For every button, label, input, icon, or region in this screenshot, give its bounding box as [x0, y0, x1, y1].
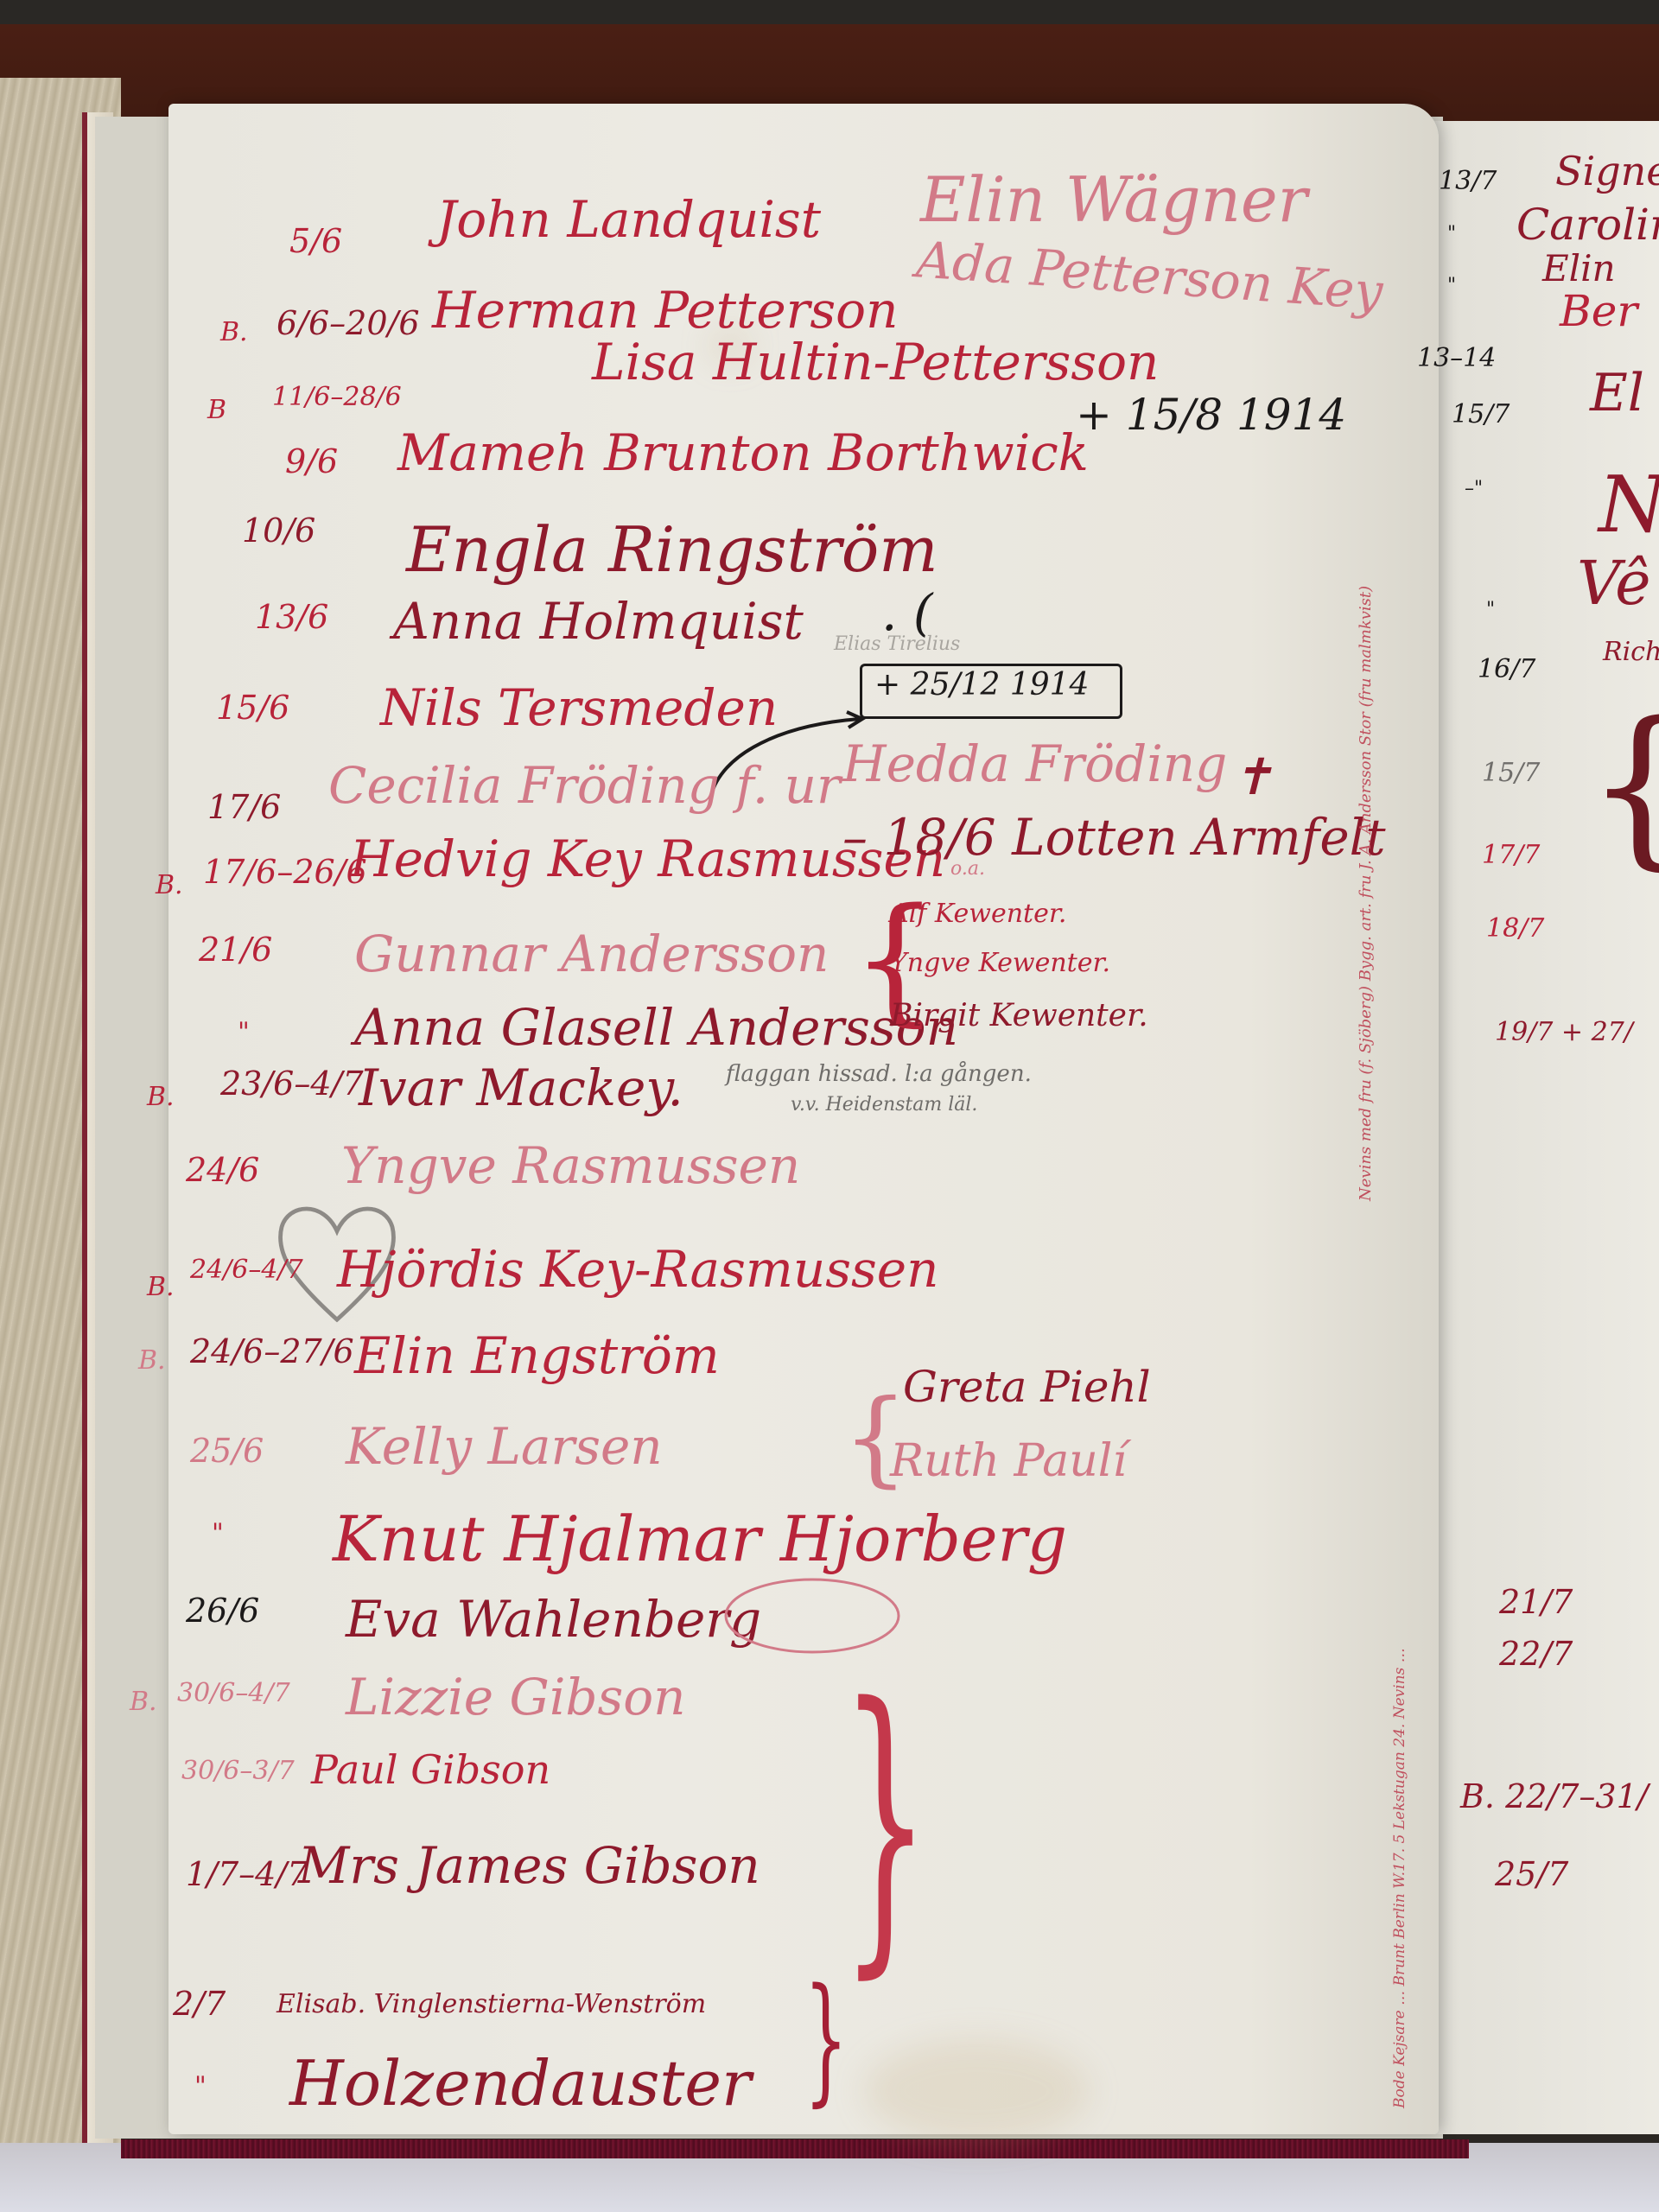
entry-date: ": [194, 2074, 207, 2100]
right-date: 13/7: [1439, 168, 1497, 194]
entry-name: Elisab. Vinglenstierna-Wenström: [276, 1992, 706, 2018]
entry-date: ": [212, 1521, 224, 1547]
boxed-death-note-text: + 25/12 1914: [874, 667, 1089, 702]
right-date: B. 22/7–31/: [1460, 1780, 1649, 1813]
entry-name: Lisa Hultin-Pettersson: [592, 337, 1159, 387]
entry-name: Lizzie Gibson: [346, 1672, 686, 1722]
entry-name: Ivar Mackey.: [359, 1063, 683, 1113]
paper-stain: [864, 2039, 1089, 2143]
entry-name: Elin Wägner: [920, 168, 1307, 231]
group-name: Yngve Kewenter.: [890, 950, 1110, 976]
right-name: Ber: [1560, 289, 1637, 333]
right-date: –": [1465, 480, 1483, 499]
right-date: 15/7: [1452, 402, 1510, 428]
right-date: 17/7: [1482, 842, 1540, 868]
mark: ✝: [1231, 752, 1274, 802]
entry-date: 13/6: [255, 601, 328, 633]
entry-name: John Landquist: [436, 194, 821, 245]
entry-date: 24/6: [186, 1154, 259, 1186]
right-name: Signe: [1555, 151, 1659, 191]
entry-prefix: B.: [130, 1689, 157, 1715]
right-date: ": [1447, 225, 1456, 244]
right-date: 22/7: [1499, 1637, 1573, 1670]
group-name: Alf Kewenter.: [890, 901, 1066, 927]
entry-name: Mrs James Gibson: [298, 1840, 760, 1891]
pencil-annotation: flaggan hissad. l:a gången.: [726, 1063, 1032, 1085]
entry-date: 24/6–27/6: [190, 1335, 354, 1368]
entry-prefix: B.: [156, 873, 183, 899]
entry-date: 10/6: [242, 514, 315, 547]
entry-date: 9/6: [285, 445, 338, 478]
entry-date: 5/6: [289, 225, 342, 257]
right-date: 19/7 + 27/: [1495, 1020, 1633, 1046]
right-name: Vê: [1577, 553, 1651, 613]
right-date: 18/7: [1486, 916, 1544, 942]
pencil-annotation: v.v. Heidenstam läl.: [791, 1096, 977, 1115]
right-date: 15/7: [1482, 760, 1540, 786]
brace-icon: {: [1586, 700, 1659, 873]
entry-date: 21/6: [199, 933, 272, 966]
entry-name: Yngve Rasmussen: [341, 1141, 800, 1191]
entry-prefix: B.: [147, 1274, 175, 1300]
entry-name: Hjördis Key-Rasmussen: [337, 1244, 938, 1294]
right-name: N: [1599, 467, 1659, 544]
right-name: Carolin: [1516, 203, 1659, 246]
entry-name: Mameh Brunton Borthwick: [397, 428, 1089, 478]
right-name: Elin: [1542, 251, 1616, 287]
mark: . (: [881, 588, 933, 638]
entry-name: Cecilia Fröding f. ur: [328, 760, 841, 810]
entry-prefix: B.: [147, 1084, 175, 1110]
entry-date: ": [238, 1020, 250, 1046]
right-name: El: [1590, 367, 1644, 419]
entry-date: 26/6: [186, 1594, 259, 1627]
entry-date: 30/6–4/7: [177, 1681, 290, 1707]
entry-date: 15/6: [216, 691, 289, 724]
group-name: Ruth Paulí: [890, 1439, 1127, 1484]
group-name: Birgit Kewenter.: [890, 1001, 1148, 1032]
entry-date: 6/6–20/6: [276, 307, 420, 340]
right-date: 21/7: [1499, 1586, 1573, 1618]
book-fringe: [121, 2139, 1469, 2158]
entry-date: 17/6: [207, 791, 281, 823]
entry-name: Holzendauster: [289, 2052, 751, 2114]
group-name: Greta Piehl: [903, 1365, 1151, 1408]
right-date: 13–14: [1417, 346, 1496, 372]
boxed-death-note: + 25/12 1914: [860, 664, 1122, 719]
entry-date: 2/7: [173, 1987, 226, 2020]
entry-date: 25/6: [190, 1434, 264, 1467]
margin-note: Bode Kejsare … Brunt Berlin W.17. 5 Leks…: [1391, 1648, 1408, 2108]
death-note: + 15/8 1914: [1076, 393, 1346, 436]
small-note: o.a.: [950, 860, 985, 879]
brace-icon: }: [804, 1970, 848, 2108]
entry-date: 1/7–4/7: [186, 1858, 308, 1891]
entry-name: Elin Engström: [354, 1331, 720, 1381]
entry-name: Hedda Fröding: [842, 739, 1227, 789]
entry-date: 23/6–4/7: [220, 1067, 364, 1100]
brace-icon: }: [841, 1668, 930, 1979]
entry-prefix: B.: [220, 320, 248, 346]
right-date: 25/7: [1495, 1858, 1568, 1891]
right-date: ": [1486, 601, 1495, 620]
entry-name: Engla Ringström: [406, 518, 938, 581]
entry-prefix: B.: [138, 1348, 166, 1374]
entry-name: Anna Holmquist: [393, 596, 804, 646]
pencil-annotation: Elias Tirelius: [834, 635, 960, 654]
entry-prefix: B: [207, 397, 226, 423]
right-name: Rich: [1603, 639, 1659, 665]
entry-name: Gunnar Andersson: [354, 929, 829, 979]
right-date: ": [1447, 276, 1456, 296]
entry-name: – 18/6 Lotten Armfelt: [842, 812, 1386, 862]
entry-name: Kelly Larsen: [346, 1421, 663, 1471]
entry-date: 30/6–3/7: [181, 1758, 295, 1784]
right-date: 16/7: [1478, 657, 1535, 683]
entry-name: Herman Petterson: [432, 285, 898, 335]
margin-note: Nevins med fru (f. Sjöberg) Bygg. art. f…: [1357, 586, 1375, 1201]
entry-name: Paul Gibson: [311, 1750, 550, 1789]
entry-name: Knut Hjalmar Hjorberg: [333, 1508, 1067, 1570]
entry-date: 24/6–4/7: [190, 1257, 303, 1283]
entry-name: Eva Wahlenberg: [346, 1594, 761, 1644]
entry-date: 11/6–28/6: [272, 385, 402, 410]
entry-date: 17/6–26/6: [203, 855, 367, 888]
